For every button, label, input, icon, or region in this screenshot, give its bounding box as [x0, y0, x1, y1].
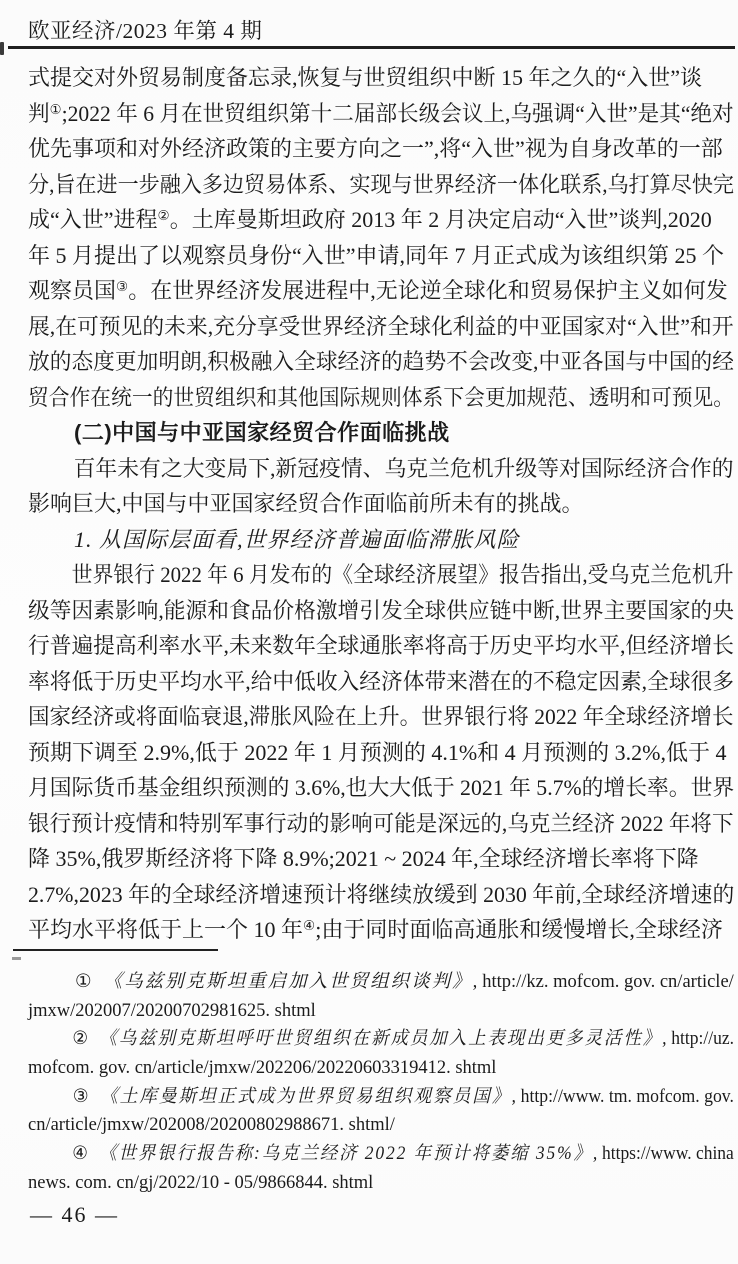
- journal-header-title: 欧亚经济/2023 年第 4 期: [28, 14, 262, 45]
- footnote-url: http://www. tm. mofcom. gov.: [521, 1087, 734, 1107]
- text-line: 预期下调至 2.9%,低于 2022 年 1 月预测的 4.1%和 4 月预测的…: [28, 735, 734, 771]
- text-line: 月国际货币基金组织预测的 3.6%,也大大低于 2021 年 5.7%的增长率。…: [28, 770, 727, 806]
- text-line: 降 35%,俄罗斯经济将下降 8.9%;2021 ~ 2024 年,全球经济增长…: [28, 841, 734, 877]
- text-line: 影响巨大,中国与中亚国家经贸合作面临前所未有的挑战。: [28, 486, 734, 522]
- text-line: 率将低于历史平均水平,给中低收入经济体带来潜在的不稳定因素,全球很多: [28, 664, 725, 700]
- footnote-marker: ②: [72, 1029, 99, 1049]
- footnote-continuation: mofcom. gov. cn/article/jmxw/202206/2022…: [25, 1054, 734, 1083]
- footnote-url: cn/article/jmxw/202008/20200802988671. s…: [28, 1115, 395, 1135]
- footnote-item: ②《乌兹别克斯坦呼吁世贸组织在新成员加入上表现出更多灵活性》,http://uz…: [25, 1025, 696, 1054]
- footnote-continuation: cn/article/jmxw/202008/20200802988671. s…: [25, 1111, 734, 1140]
- scan-artifact: [0, 42, 4, 55]
- text-line: 年 5 月提出了以观察员身份“入世”申请,同年 7 月正式成为该组织第 25 个: [28, 238, 734, 274]
- footnote-item: ①《乌兹别克斯坦重启加入世贸组织谈判》,http://kz. mofcom. g…: [25, 968, 734, 997]
- text-line: 百年未有之大变局下,新冠疫情、乌克兰危机升级等对国际经济合作的: [28, 451, 728, 487]
- footnote-url: mofcom. gov. cn/article/jmxw/202206/2022…: [28, 1058, 496, 1078]
- text-line: 判①;2022 年 6 月在世贸组织第十二届部长级会议上,乌强调“入世”是其“绝…: [28, 96, 721, 132]
- footnote-url: https://www. china: [602, 1144, 734, 1164]
- footnote-url: news. com. cn/gj/2022/10 - 05/9866844. s…: [28, 1173, 373, 1193]
- scan-artifact: [12, 957, 21, 960]
- footnote-ref-marker: ①: [50, 102, 62, 117]
- footnote-title: 《乌兹别克斯坦重启加入世贸组织谈判》,: [104, 972, 480, 992]
- text-line: 式提交对外贸易制度备忘录,恢复与世贸组织中断 15 年之久的“入世”谈: [28, 60, 734, 96]
- footnote-separator: [13, 949, 218, 951]
- footnotes: ①《乌兹别克斯坦重启加入世贸组织谈判》,http://kz. mofcom. g…: [25, 968, 734, 1198]
- footnote-marker: ①: [75, 972, 104, 992]
- footnote-url: jmxw/202007/20200702981625. shtml: [28, 1001, 316, 1021]
- footnote-marker: ③: [73, 1087, 100, 1107]
- footnote-ref-marker: ③: [116, 279, 128, 294]
- text-line: 级等因素影响,能源和食品价格激增引发全球供应链中断,世界主要国家的央: [28, 593, 725, 629]
- text-line: 放的态度更加明朗,积极融入全球经济的趋势不会改变,中亚各国与中国的经: [28, 344, 725, 380]
- body-content: 式提交对外贸易制度备忘录,恢复与世贸组织中断 15 年之久的“入世”谈判①;20…: [28, 60, 734, 948]
- text-line: 银行预计疫情和特别军事行动的影响可能是深远的,乌克兰经济 2022 年将下: [28, 806, 719, 842]
- footnote-item: ③《土库曼斯坦正式成为世界贸易组织观察员国》,http://www. tm. m…: [25, 1083, 702, 1112]
- text-line: 优先事项和对外经济政策的主要方向之一”,将“入世”视为自身改革的一部: [28, 131, 734, 167]
- footnote-title: 《世界银行报告称:乌克兰经济 2022 年预计将萎缩 35%》,: [99, 1144, 599, 1164]
- text-line: 2.7%,2023 年的全球经济增速预计将继续放缓到 2030 年前,全球经济增…: [28, 877, 729, 913]
- footnote-title: 《乌兹别克斯坦呼吁世贸组织在新成员加入上表现出更多灵活性》,: [99, 1029, 668, 1049]
- text-line: 观察员国③。在世界经济发展进程中,无论逆全球化和贸易保护主义如何发: [28, 273, 734, 309]
- footnote-item: ④《世界银行报告称:乌克兰经济 2022 年预计将萎缩 35%》,https:/…: [25, 1140, 694, 1169]
- subsection-heading: 1. 从国际层面看,世界经济普遍面临滞胀风险: [28, 522, 734, 558]
- footnote-ref-marker: ②: [158, 208, 170, 223]
- text-line: 展,在可预见的未来,充分享受世界经济全球化利益的中亚国家对“入世”和开: [28, 309, 727, 345]
- footnote-url: http://uz.: [671, 1029, 734, 1049]
- header-rule: [8, 46, 735, 49]
- text-line: 成“入世”进程②。土库曼斯坦政府 2013 年 2 月决定启动“入世”谈判,20…: [28, 202, 734, 238]
- journal-page: 欧亚经济/2023 年第 4 期 式提交对外贸易制度备忘录,恢复与世贸组织中断 …: [0, 0, 738, 1264]
- text-line: 分,旨在进一步融入多边贸易体系、实现与世界经济一体化联系,乌打算尽快完: [28, 167, 704, 203]
- text-line: 国家经济或将面临衰退,滞胀风险在上升。世界银行将 2022 年全球经济增长: [28, 699, 719, 735]
- footnote-title: 《土库曼斯坦正式成为世界贸易组织观察员国》,: [100, 1087, 518, 1107]
- section-heading: (二)中国与中亚国家经贸合作面临挑战: [28, 415, 734, 451]
- text-line: 贸合作在统一的世贸组织和其他国际规则体系下会更加规范、透明和可预见。: [28, 380, 694, 416]
- text-line: 平均水平将低于上一个 10 年④;由于同时面临高通胀和缓慢增长,全球经济: [28, 912, 734, 948]
- text-line: 行普遍提高利率水平,未来数年全球通胀率将高于历史平均水平,但经济增长: [28, 628, 725, 664]
- footnote-continuation: jmxw/202007/20200702981625. shtml: [25, 997, 734, 1026]
- footnote-continuation: news. com. cn/gj/2022/10 - 05/9866844. s…: [25, 1169, 734, 1198]
- page-number: — 46 —: [30, 1202, 119, 1228]
- footnote-marker: ④: [72, 1144, 99, 1164]
- footnote-url: http://kz. mofcom. gov. cn/article/: [482, 972, 734, 992]
- text-line: 世界银行 2022 年 6 月发布的《全球经济展望》报告指出,受乌克兰危机升: [28, 557, 697, 593]
- footnote-ref-marker: ④: [303, 918, 315, 933]
